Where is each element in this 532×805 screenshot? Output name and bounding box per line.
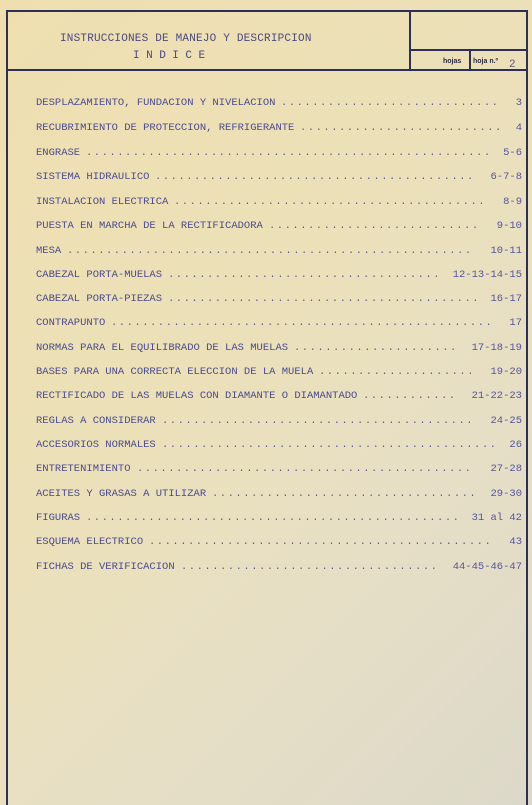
toc-entry: CONTRAPUNTO.............................… — [36, 317, 522, 331]
toc-entry-page: 26 — [509, 439, 522, 451]
toc-entry: DESPLAZAMIENTO, FUNDACION Y NIVELACION..… — [36, 97, 522, 111]
toc-entry-label: ACCESORIOS NORMALES — [36, 439, 156, 451]
toc-entry-page: 17 — [509, 317, 522, 329]
toc-entry-page: 19-20 — [490, 366, 522, 378]
toc-entry-label: INSTALACION ELECTRICA — [36, 196, 168, 208]
toc-entry: CABEZAL PORTA-PIEZAS....................… — [36, 293, 522, 307]
dot-leader: ........................................… — [67, 245, 480, 257]
toc-entry: ESQUEMA ELECTRICO.......................… — [36, 536, 522, 550]
hoja-number-label: hoja n.º — [473, 58, 498, 65]
hojas-label: hojas — [443, 58, 461, 65]
toc-entry: ENGRASE.................................… — [36, 147, 522, 161]
toc-entry-page: 3 — [516, 97, 522, 109]
toc-entry-page: 29-30 — [490, 488, 522, 500]
toc-entry-page: 27-28 — [490, 463, 522, 475]
toc-entry: CABEZAL PORTA-MUELAS....................… — [36, 269, 522, 283]
toc-entry-page: 21-22-23 — [472, 390, 522, 402]
toc-entry-label: CABEZAL PORTA-MUELAS — [36, 269, 162, 281]
toc-entry-label: NORMAS PARA EL EQUILIBRADO DE LAS MUELAS — [36, 342, 288, 354]
toc-entry-page: 17-18-19 — [472, 342, 522, 354]
dot-leader: ........................... — [269, 220, 487, 232]
dot-leader: ................................... — [168, 269, 443, 281]
toc-entry: SISTEMA HIDRAULICO......................… — [36, 171, 522, 185]
toc-entry-label: RECTIFICADO DE LAS MUELAS CON DIAMANTE O… — [36, 390, 357, 402]
toc-entry: RECTIFICADO DE LAS MUELAS CON DIAMANTE O… — [36, 390, 522, 404]
toc-entry-page: 43 — [509, 536, 522, 548]
toc-entry: REGLAS A CONSIDERAR.....................… — [36, 415, 522, 429]
toc-entry: FIGURAS.................................… — [36, 512, 522, 526]
dot-leader: ................................. — [181, 561, 443, 573]
toc-entry-label: DESPLAZAMIENTO, FUNDACION Y NIVELACION — [36, 97, 275, 109]
toc-entry: ACCESORIOS NORMALES.....................… — [36, 439, 522, 453]
dot-leader: ........................................ — [168, 293, 480, 305]
header-divider — [6, 69, 528, 71]
dot-leader: ........................................ — [174, 196, 493, 208]
toc-entry-page: 5-6 — [503, 147, 522, 159]
document-title: INSTRUCCIONES DE MANEJO Y DESCRIPCION — [60, 33, 312, 45]
toc-entry: ACEITES Y GRASAS A UTILIZAR.............… — [36, 488, 522, 502]
dot-leader: ........................................… — [162, 439, 499, 451]
toc-entry-label: ENGRASE — [36, 147, 80, 159]
toc-entry-label: REGLAS A CONSIDERAR — [36, 415, 156, 427]
toc-entry: RECUBRIMIENTO DE PROTECCION, REFRIGERANT… — [36, 122, 522, 136]
toc-entry-label: CABEZAL PORTA-PIEZAS — [36, 293, 162, 305]
dot-leader: ........................................… — [149, 536, 499, 548]
toc-entry-label: FIGURAS — [36, 512, 80, 524]
toc-entry-label: ENTRETENIMIENTO — [36, 463, 131, 475]
toc-entry-page: 10-11 — [490, 245, 522, 257]
toc-entry: ENTRETENIMIENTO.........................… — [36, 463, 522, 477]
toc-entry-label: SISTEMA HIDRAULICO — [36, 171, 149, 183]
toc-entry-page: 8-9 — [503, 196, 522, 208]
toc-entry-label: FICHAS DE VERIFICACION — [36, 561, 175, 573]
document-subtitle: INDICE — [133, 50, 212, 62]
toc-entry-page: 24-25 — [490, 415, 522, 427]
hoja-number-value: 2 — [509, 59, 516, 71]
title-block-divider — [409, 10, 411, 70]
dot-leader: .......................... — [300, 122, 506, 134]
dot-leader: ............ — [363, 390, 462, 402]
sheet-box-inner-divider — [469, 50, 471, 70]
toc-entry: INSTALACION ELECTRICA...................… — [36, 196, 522, 210]
toc-entry-page: 12-13-14-15 — [453, 269, 522, 281]
dot-leader: ........................................… — [137, 463, 480, 475]
toc-entry-page: 16-17 — [490, 293, 522, 305]
toc-entry-label: ESQUEMA ELECTRICO — [36, 536, 143, 548]
toc-entry-page: 9-10 — [497, 220, 522, 232]
dot-leader: .................... — [319, 366, 480, 378]
dot-leader: ........................................… — [155, 171, 480, 183]
toc-entry-page: 31 al 42 — [472, 512, 522, 524]
dot-leader: ........................................… — [86, 147, 493, 159]
toc-entry-label: ACEITES Y GRASAS A UTILIZAR — [36, 488, 206, 500]
dot-leader: ............................ — [281, 97, 506, 109]
dot-leader: ........................................… — [111, 317, 499, 329]
toc-entry-page: 4 — [516, 122, 522, 134]
toc-entry: PUESTA EN MARCHA DE LA RECTIFICADORA....… — [36, 220, 522, 234]
toc-entry: BASES PARA UNA CORRECTA ELECCION DE LA M… — [36, 366, 522, 380]
toc-entry-label: BASES PARA UNA CORRECTA ELECCION DE LA M… — [36, 366, 313, 378]
toc-entry: MESA....................................… — [36, 245, 522, 259]
dot-leader: ..................... — [294, 342, 462, 354]
toc-entry: NORMAS PARA EL EQUILIBRADO DE LAS MUELAS… — [36, 342, 522, 356]
dot-leader: ........................................… — [86, 512, 462, 524]
toc-entry-page: 44-45-46-47 — [453, 561, 522, 573]
toc-entry-label: CONTRAPUNTO — [36, 317, 105, 329]
toc-entry-label: MESA — [36, 245, 61, 257]
toc-entry-label: PUESTA EN MARCHA DE LA RECTIFICADORA — [36, 220, 263, 232]
dot-leader: ........................................ — [162, 415, 480, 427]
toc-entry: FICHAS DE VERIFICACION..................… — [36, 561, 522, 575]
toc-entry-label: RECUBRIMIENTO DE PROTECCION, REFRIGERANT… — [36, 122, 294, 134]
dot-leader: .................................. — [212, 488, 480, 500]
toc-entry-page: 6-7-8 — [490, 171, 522, 183]
